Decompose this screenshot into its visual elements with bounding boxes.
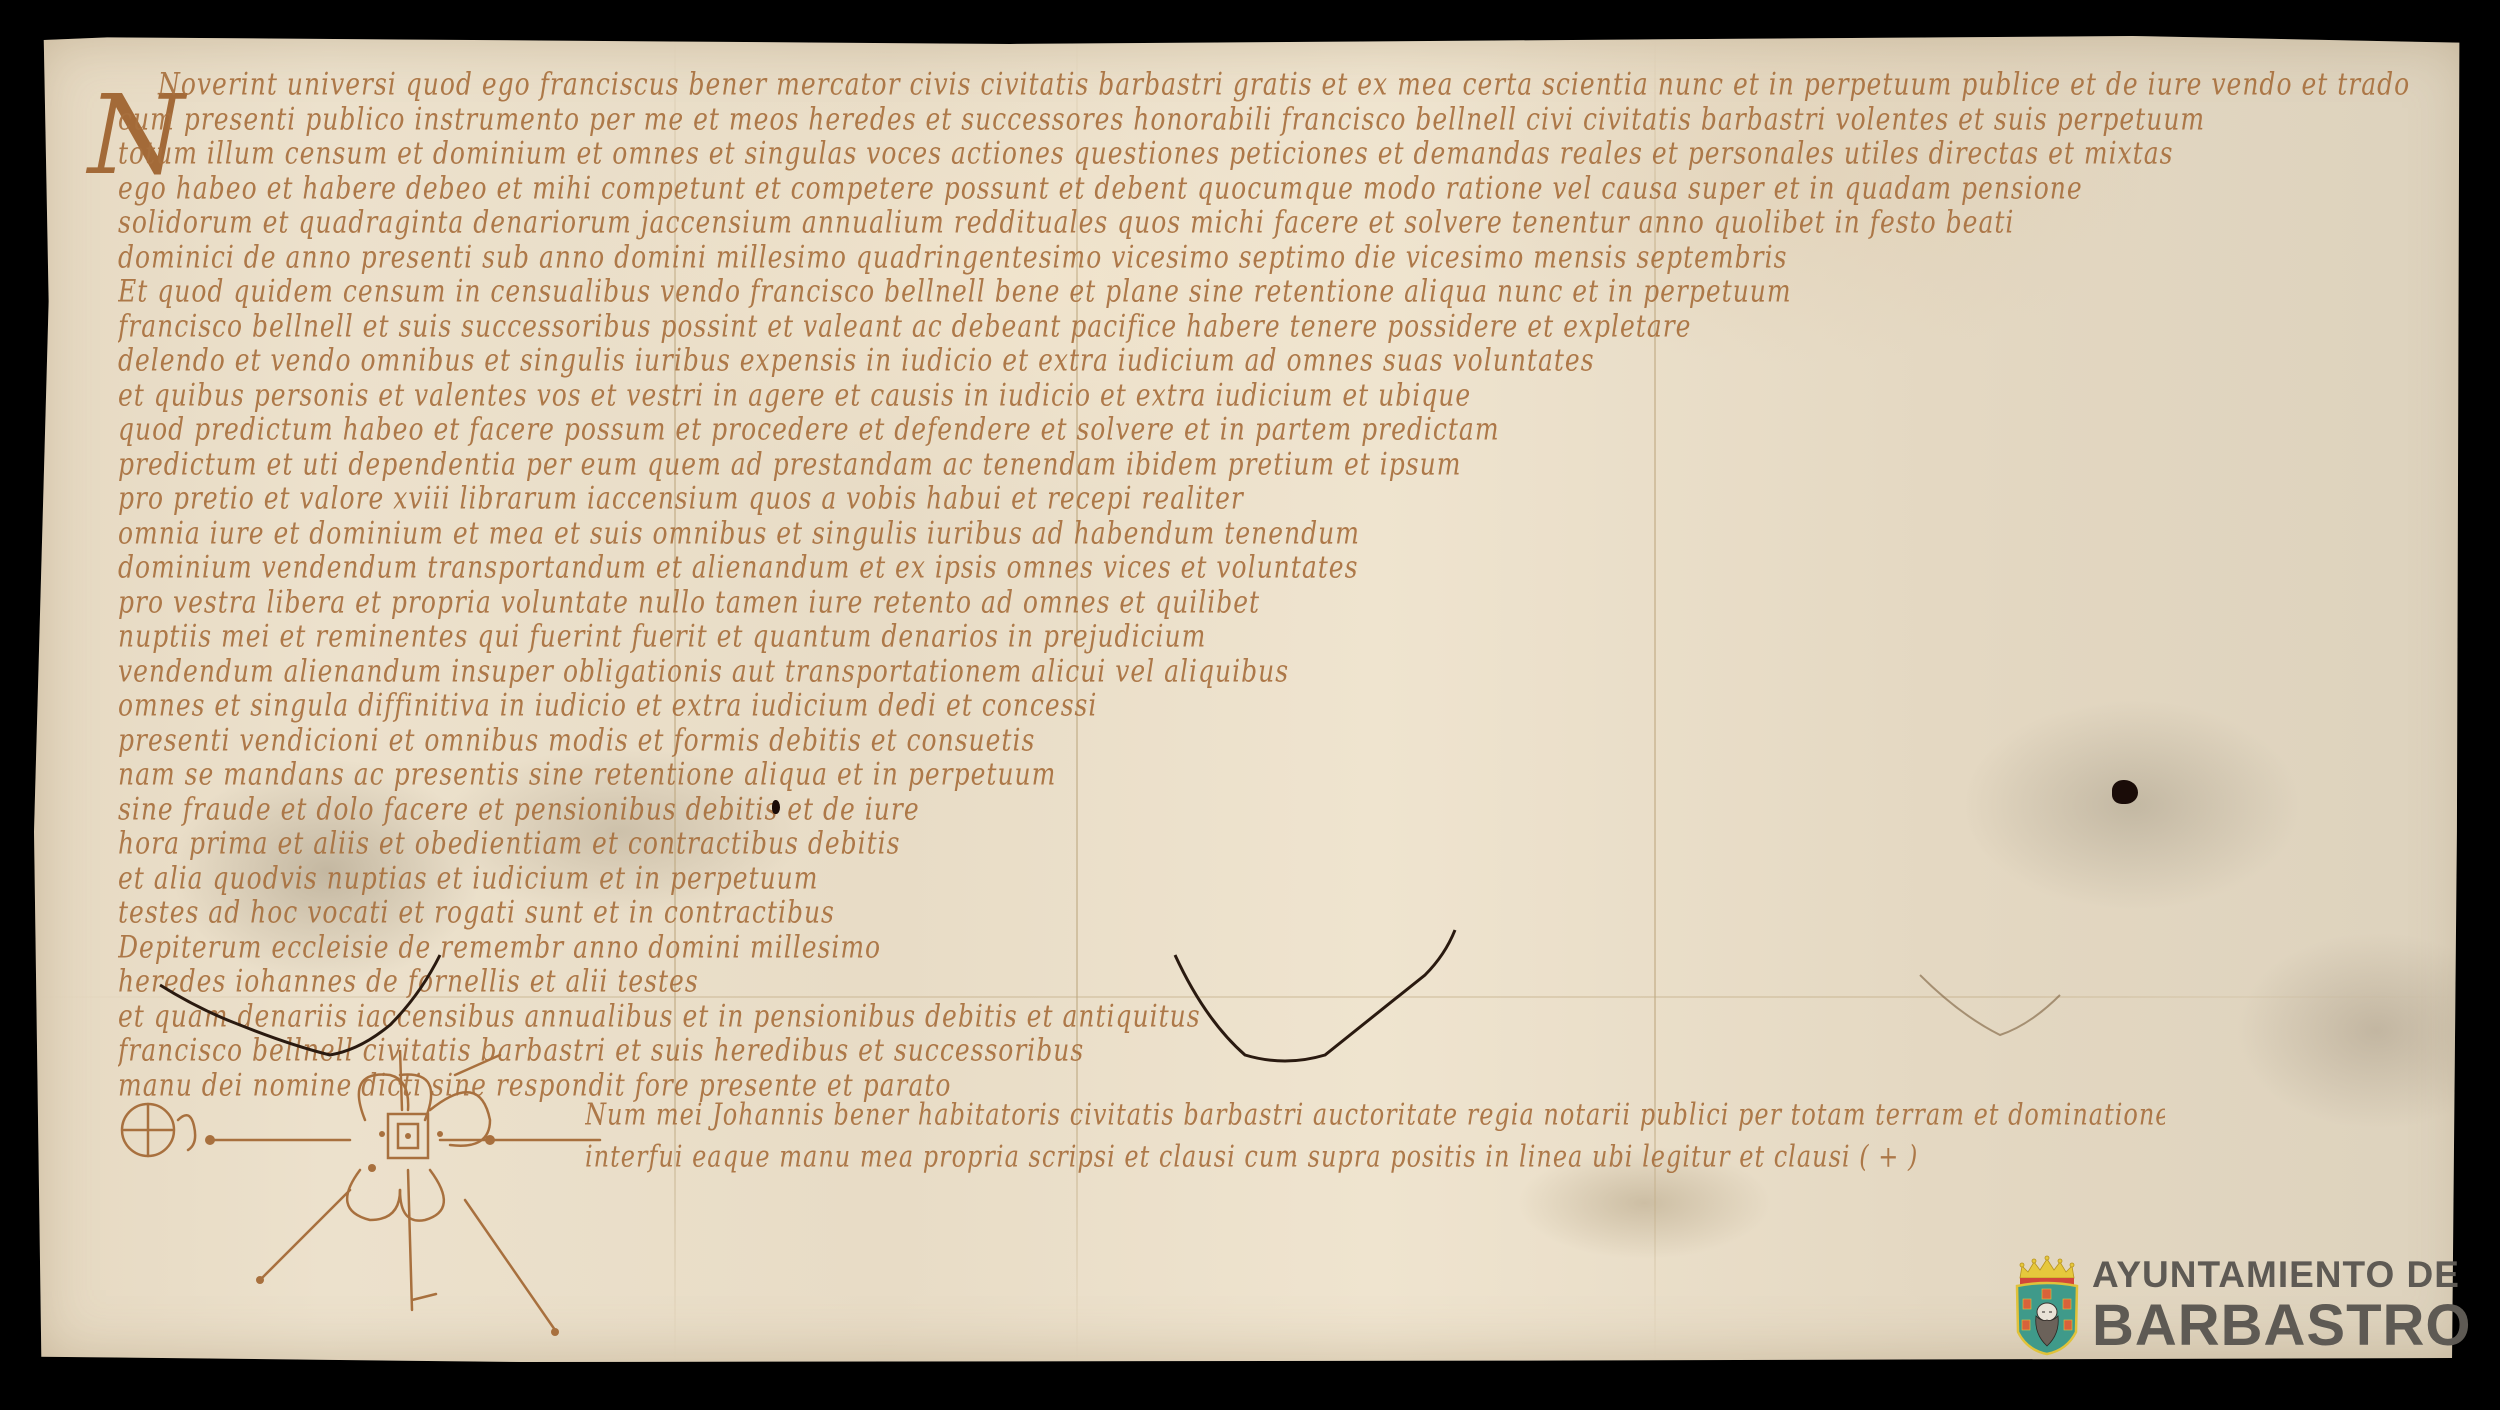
notary-line: interfui eaque manu mea propria scripsi … [585, 1139, 2165, 1192]
barbastro-coat-of-arms-icon [2012, 1254, 2082, 1356]
notary-signum-icon [110, 1050, 630, 1350]
document-viewer: N Noverint universi quod ego franciscus … [0, 0, 2500, 1410]
logo-line-ayuntamiento: AYUNTAMIENTO DE [2092, 1256, 2472, 1293]
logo-line-barbastro: BARBASTRO [2092, 1297, 2472, 1355]
parchment-hole [2112, 780, 2138, 804]
notary-subscription: Num mei Johannis bener habitatoris civit… [585, 1102, 2165, 1186]
charter-body-text: Noverint universi quod ego franciscus be… [118, 70, 2438, 1105]
ayuntamiento-barbastro-logo: AYUNTAMIENTO DE BARBASTRO [2012, 1254, 2472, 1356]
parchment-hole [772, 800, 780, 814]
logo-text: AYUNTAMIENTO DE BARBASTRO [2092, 1256, 2472, 1355]
